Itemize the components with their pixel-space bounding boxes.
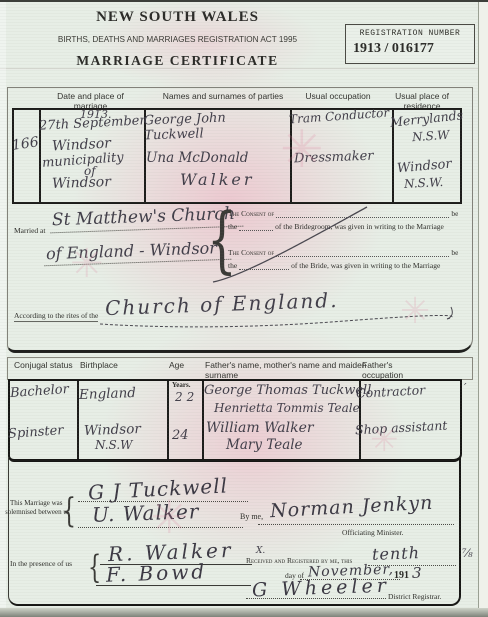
margin-mark-top: ′: [464, 381, 467, 394]
watermark-star-icon: ✳: [370, 420, 399, 460]
solemnised-label-line1: This Marriage was: [10, 499, 62, 507]
col-header-father-occupation: Father's occupation: [362, 360, 424, 380]
bride-father-name: William Walker: [206, 420, 314, 436]
scan-edge-bottom: [0, 608, 488, 617]
groom-residence-line2: N.S.W: [412, 128, 450, 145]
solemnised-label-line2: solemnised between us: [5, 508, 70, 516]
scan-edge-top: [0, 0, 488, 2]
minister-title: Officiating Minister.: [342, 528, 404, 537]
registration-number-label: REGISTRATION NUMBER: [346, 29, 474, 38]
registration-number: 1913 / 016177: [353, 41, 474, 57]
scan-edge-right: [478, 0, 488, 617]
groom-mother-name: Henrietta Tommis Teale: [214, 401, 360, 415]
scan-edge-left: [0, 0, 6, 617]
by-me-label: By me,: [240, 512, 263, 521]
col-header-names: Names and surnames of parties: [148, 91, 298, 101]
groom-father-name: George Thomas Tuckwell: [204, 383, 371, 398]
watermark-star-icon: ✳: [280, 120, 324, 180]
married-at-label: Married at: [14, 226, 45, 235]
witness-label: In the presence of us: [10, 559, 72, 568]
marriage-certificate-scan: ✳ ✳ ✳ ✳ ✳ NEW SOUTH WALES BIRTHS, DEATHS…: [0, 0, 488, 617]
col-header-parents: Father's name, mother's name and maiden …: [205, 360, 373, 380]
rites-label: According to the rites of the: [14, 311, 98, 322]
watermark-star-icon: ✳: [150, 490, 189, 544]
act-subtitle: BIRTHS, DEATHS AND MARRIAGES REGISTRATIO…: [40, 35, 315, 44]
groom-birthplace: England: [79, 385, 136, 403]
certificate-title: MARRIAGE CERTIFICATE: [60, 53, 295, 69]
state-title: NEW SOUTH WALES: [60, 9, 295, 26]
bride-name-line2: Walker: [180, 170, 255, 189]
consent-being: being: [451, 248, 458, 257]
consent-crossout-stroke: [205, 202, 375, 287]
registrar-title: District Registrar.: [388, 592, 441, 601]
groom-name: George John Tuckwell: [144, 109, 285, 144]
signature-rule: [258, 524, 454, 525]
col-header-conjugal: Conjugal status: [14, 360, 89, 370]
watermark-star-icon: ✳: [400, 290, 430, 332]
bride-birthplace-line2: N.S.W: [95, 438, 133, 452]
bride-age: 24: [172, 428, 189, 443]
consent-being: being: [451, 209, 458, 218]
watermark-star-icon: ✳: [70, 240, 104, 287]
table-divider: [167, 381, 169, 459]
bride-birthplace-line1: Windsor: [84, 421, 141, 439]
x-mark: X.: [256, 546, 265, 556]
groom-age: 22: [175, 390, 198, 404]
bride-mother-name: Mary Teale: [226, 437, 303, 453]
registration-number-box: REGISTRATION NUMBER 1913 / 016177: [345, 24, 475, 64]
bride-name-line1: Una McDonald: [146, 150, 248, 166]
col-header-occupation: Usual occupation: [292, 91, 384, 101]
witness-brace: {: [88, 551, 101, 583]
year-handwritten: 3: [412, 564, 423, 582]
signature-rule: [246, 598, 386, 599]
signature-rule: [96, 585, 251, 586]
received-day: tenth: [372, 543, 421, 564]
bride-residence-line2: N.S.W.: [404, 175, 444, 191]
col-header-age: Age: [169, 360, 199, 370]
margin-mark-bottom: ⅞: [462, 547, 473, 560]
witness2-signature: F. Bowd: [106, 559, 208, 587]
solemnised-brace: {: [62, 494, 76, 528]
marriage-place-line4: Windsor: [52, 174, 111, 192]
years-label: Years.: [172, 381, 190, 389]
col-header-birthplace: Birthplace: [80, 360, 150, 370]
